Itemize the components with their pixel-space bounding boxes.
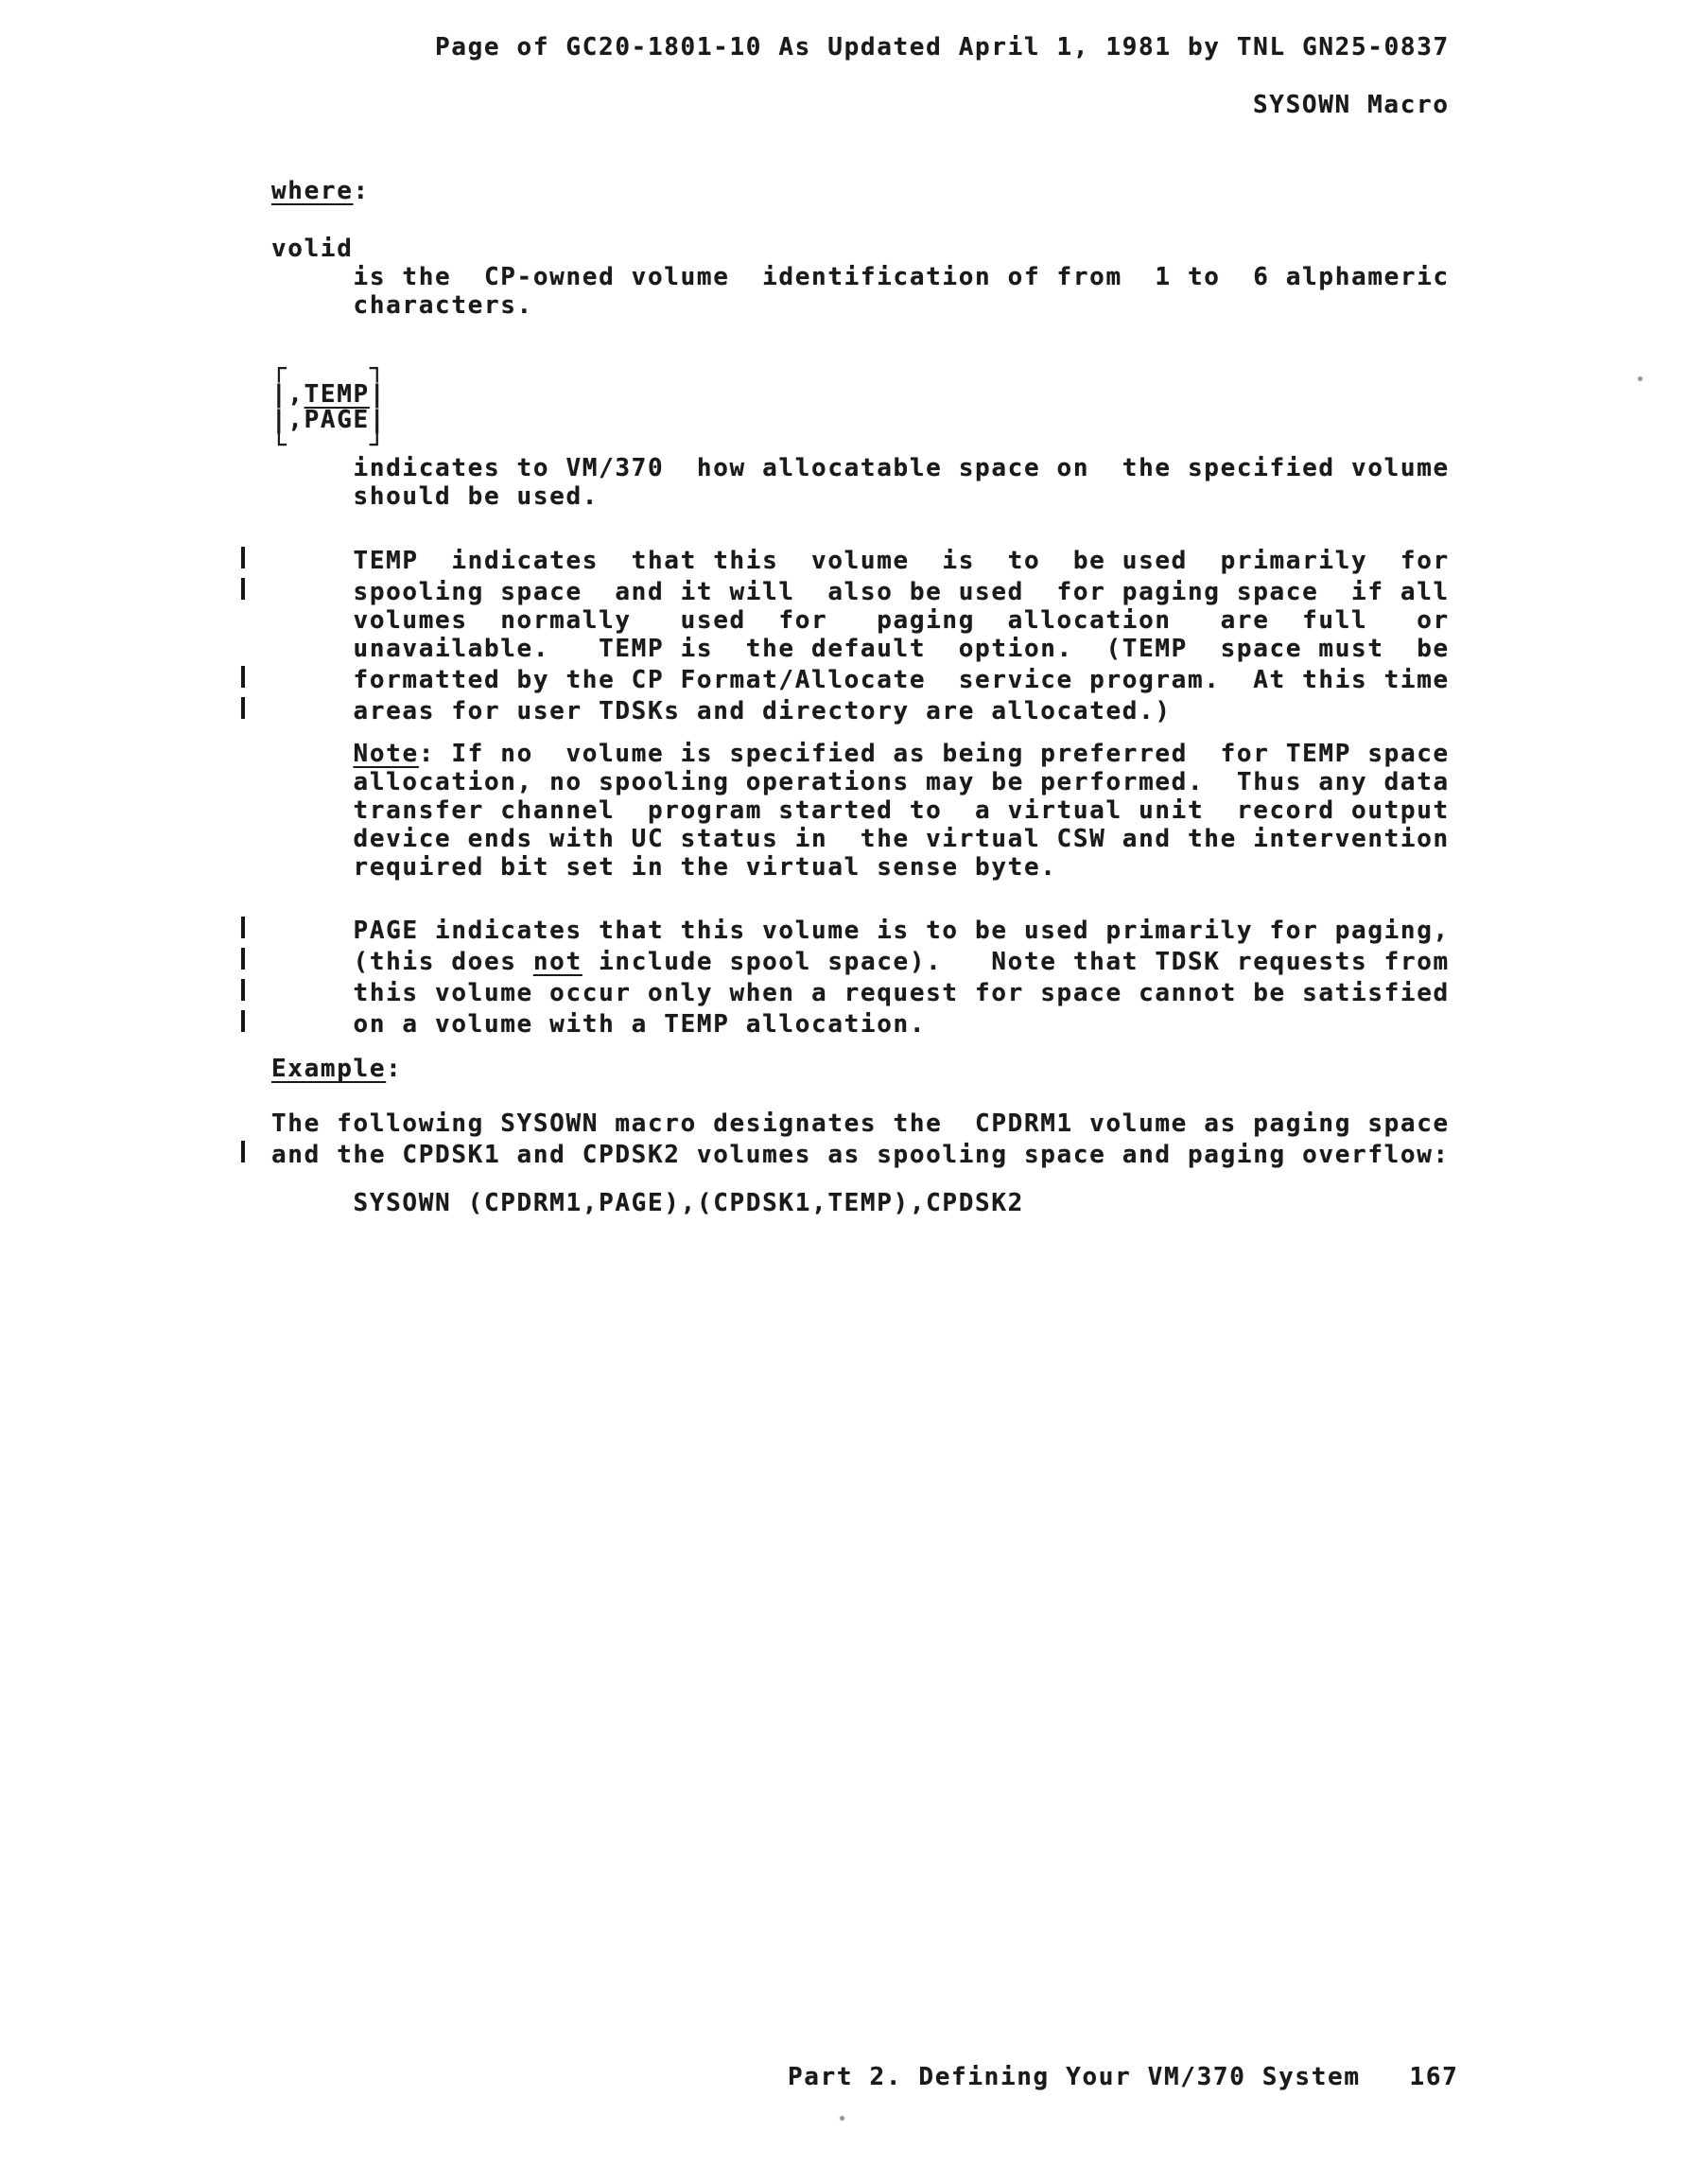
text-segment: device ends with UC status in the virtua… [271,825,1450,853]
text-line: transfer channel program started to a vi… [271,796,1450,825]
document-page: Page of GC20-1801-10 As Updated April 1,… [0,0,1687,2184]
text-line: required bit set in the virtual sense by… [271,853,1450,882]
text-line: PAGE indicates that this volume is to be… [241,914,1450,945]
change-bar [241,1007,271,1039]
text-line: TEMP indicates that this volume is to be… [241,544,1450,575]
text-segment: The following SYSOWN macro designates th… [271,1109,1450,1138]
text-segment: spooling space and it will also be used … [271,578,1450,606]
text-segment: | [370,380,386,409]
text-segment [271,740,354,768]
text-line: Example: [271,1055,402,1083]
text-segment: : [386,1055,402,1083]
text-line: |,PAGE| [271,408,386,433]
where-heading: where: [271,177,370,205]
change-bar [241,663,271,694]
text-segment: transfer channel program started to a vi… [271,796,1450,825]
text-line: is the CP-owned volume identification of… [271,263,1450,291]
text-segment: indicates to VM/370 how allocatable spac… [271,454,1450,482]
text-segment: include spool space). Note that TDSK req… [583,948,1450,976]
change-bar-mark [241,666,245,688]
text-line: volumes normally used for paging allocat… [241,606,1450,635]
text-line: SYSOWN (CPDRM1,PAGE),(CPDSK1,TEMP),CPDSK… [271,1189,1024,1217]
volid-description: volid is the CP-owned volume identificat… [271,235,1450,320]
note-paragraph: Note: If no volume is specified as being… [271,740,1450,882]
text-line: Part 2. Defining Your VM/370 System 167 [788,2063,1458,2091]
text-segment: on a volume with a TEMP allocation. [271,1010,926,1039]
text-segment: areas for user TDSKs and directory are a… [271,697,1172,725]
page-footer: Part 2. Defining Your VM/370 System 167 [788,2063,1458,2091]
page-header-update-notice: Page of GC20-1801-10 As Updated April 1,… [435,33,1450,61]
text-line: spooling space and it will also be used … [241,575,1450,606]
page-paragraph: PAGE indicates that this volume is to be… [241,914,1450,1039]
text-line: this volume occur only when a request fo… [241,976,1450,1007]
change-bar [241,694,271,725]
text-segment: SYSOWN Macro [1253,91,1450,119]
example-paragraph: The following SYSOWN macro designates th… [241,1109,1450,1169]
text-line: Note: If no volume is specified as being… [271,740,1450,768]
scan-speck [840,2116,844,2121]
text-line: ┌ ┐ [271,357,386,382]
text-segment: Page of GC20-1801-10 As Updated April 1,… [435,33,1450,61]
underlined-text: Note [354,740,419,768]
change-bar-mark [241,1141,245,1162]
text-segment: volumes normally used for paging allocat… [271,606,1450,635]
temp-paragraph: TEMP indicates that this volume is to be… [241,544,1450,725]
text-line: indicates to VM/370 how allocatable spac… [271,454,1450,482]
change-bar-mark [241,697,245,719]
underlined-text: Example [271,1055,386,1083]
text-segment: PAGE indicates that this volume is to be… [271,917,1450,945]
sysown-code-line: SYSOWN (CPDRM1,PAGE),(CPDSK1,TEMP),CPDSK… [271,1189,1024,1217]
text-segment: allocation, no spooling operations may b… [271,768,1450,796]
change-bar [241,976,271,1007]
text-segment: and the CPDSK1 and CPDSK2 volumes as spo… [271,1141,1450,1169]
change-bar-mark [241,948,245,970]
change-bar-mark [241,1010,245,1032]
text-line: allocation, no spooling operations may b… [271,768,1450,796]
text-segment: should be used. [271,482,599,511]
page-header-section-title: SYSOWN Macro [1253,91,1450,119]
change-bar-mark [241,979,245,1001]
text-segment: Part 2. Defining Your VM/370 System 167 [788,2063,1458,2091]
text-line: characters. [271,291,1450,320]
change-bar-mark [241,547,245,568]
text-line: device ends with UC status in the virtua… [271,825,1450,853]
change-bar [241,1138,271,1169]
text-line: areas for user TDSKs and directory are a… [241,694,1450,725]
text-segment: (this does [271,948,533,976]
change-bar [241,544,271,575]
text-segment: TEMP indicates that this volume is to be… [271,547,1450,575]
change-bar [241,914,271,945]
text-line: SYSOWN Macro [1253,91,1450,119]
text-line: The following SYSOWN macro designates th… [241,1109,1450,1138]
text-segment: |,PAGE| [271,406,386,434]
text-segment: required bit set in the virtual sense by… [271,853,1057,882]
text-segment: formatted by the CP Format/Allocate serv… [271,666,1450,694]
scan-speck [1638,376,1643,381]
underlined-text: TEMP [304,380,370,409]
change-bar-mark [241,578,245,600]
text-line: formatted by the CP Format/Allocate serv… [241,663,1450,694]
text-line: volid [271,235,1450,263]
text-segment: SYSOWN (CPDRM1,PAGE),(CPDSK1,TEMP),CPDSK… [271,1189,1024,1217]
text-segment: volid [271,235,354,263]
text-line: |,TEMP| [271,382,386,408]
text-line: where: [271,177,370,205]
text-line: unavailable. TEMP is the default option.… [241,635,1450,663]
text-line: Page of GC20-1801-10 As Updated April 1,… [435,33,1450,61]
text-segment: characters. [271,291,533,320]
text-segment: : [354,177,370,205]
change-bar [241,575,271,606]
text-segment: |, [271,380,304,409]
text-segment: is the CP-owned volume identification of… [271,263,1450,291]
operand-description: indicates to VM/370 how allocatable spac… [271,454,1450,511]
text-line: and the CPDSK1 and CPDSK2 volumes as spo… [241,1138,1450,1169]
underlined-text: where [271,177,354,205]
text-line: on a volume with a TEMP allocation. [241,1007,1450,1039]
change-bar [241,945,271,976]
text-segment: this volume occur only when a request fo… [271,979,1450,1007]
text-line: should be used. [271,482,1450,511]
text-segment: unavailable. TEMP is the default option.… [271,635,1450,663]
temp-page-operand-box: ┌ ┐|,TEMP||,PAGE|└ ┘ [271,357,386,459]
text-line: (this does not include spool space). Not… [241,945,1450,976]
underlined-text: not [533,948,583,976]
example-heading: Example: [271,1055,402,1083]
text-segment: : If no volume is specified as being pre… [419,740,1450,768]
change-bar-mark [241,917,245,938]
text-segment: ┌ ┐ [271,355,386,383]
